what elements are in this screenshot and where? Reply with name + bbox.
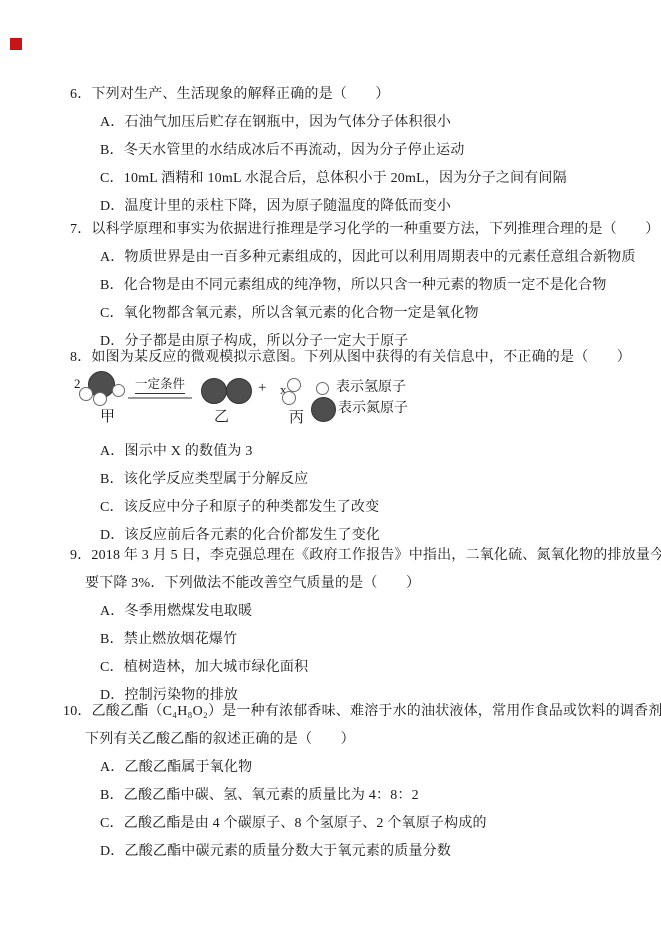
question-10-stem-line-1: 10．乙酸乙酯（C₄H₈O₂）是一种有浓郁香味、难溶于水的油状液体，常用作食品或… <box>63 698 661 726</box>
question-6-option-a: A．石油气加压后贮存在钢瓶中，因为气体分子体积很小 <box>100 109 661 137</box>
question-6: 6．下列对生产、生活现象的解释正确的是（ ） A．石油气加压后贮存在钢瓶中，因为… <box>0 81 661 221</box>
legend-hydrogen-atom-icon <box>316 382 329 395</box>
reaction-diagram: 2 甲 一定条件 乙 + x 丙 <box>64 372 624 438</box>
hydrogen-atom-icon <box>93 392 107 406</box>
question-9-option-a: A．冬季用燃煤发电取暖 <box>100 598 661 626</box>
label-jia: 甲 <box>100 410 115 425</box>
label-bing: 丙 <box>289 411 304 426</box>
question-10-option-a: A．乙酸乙酯属于氧化物 <box>100 754 661 782</box>
nitrogen-atom-icon <box>226 378 252 404</box>
legend-nitrogen-atom-icon <box>311 397 336 422</box>
question-9-stem-line-2: 要下降 3%．下列做法不能改善空气质量的是（ ） <box>85 570 661 598</box>
question-8-option-a: A．图示中 X 的数值为 3 <box>100 438 661 466</box>
red-marker <box>10 38 22 50</box>
question-8-stem: 8．如图为某反应的微观模拟示意图。下列从图中获得的有关信息中，不正确的是（ ） <box>70 344 661 372</box>
question-7-option-c: C．氧化物都含氧元素，所以含氧元素的化合物一定是氧化物 <box>100 300 661 328</box>
question-10-option-d: D．乙酸乙酯中碳元素的质量分数大于氧元素的质量分数 <box>100 838 661 866</box>
question-10-option-b: B．乙酸乙酯中碳、氢、氧元素的质量比为 4：8：2 <box>100 782 661 810</box>
question-9-stem-line-1: 9．2018 年 3 月 5 日，李克强总理在《政府工作报告》中指出，二氧化硫、… <box>70 542 661 570</box>
question-10-option-c: C．乙酸乙酯是由 4 个碳原子、8 个氢原子、2 个氧原子构成的 <box>100 810 661 838</box>
plus-sign: + <box>258 381 266 396</box>
question-9-option-c: C．植树造林，加大城市绿化面积 <box>100 654 661 682</box>
legend-hydrogen-text: 表示氢原子 <box>336 381 406 395</box>
hydrogen-atom-icon <box>79 387 93 401</box>
question-10-stem-line-2: 下列有关乙酸乙酯的叙述正确的是（ ） <box>85 726 661 754</box>
arrow-line <box>128 397 192 400</box>
hydrogen-atom-icon <box>112 384 125 397</box>
condition-arrow: 一定条件 <box>128 375 192 399</box>
question-8-option-c: C．该反应中分子和原子的种类都发生了改变 <box>100 494 661 522</box>
question-6-option-c: C．10mL 酒精和 10mL 水混合后，总体积小于 20mL，因为分子之间有间… <box>100 165 661 193</box>
question-8-option-b: B．该化学反应类型属于分解反应 <box>100 466 661 494</box>
question-6-stem: 6．下列对生产、生活现象的解释正确的是（ ） <box>70 81 661 109</box>
exam-page: 6．下列对生产、生活现象的解释正确的是（ ） A．石油气加压后贮存在钢瓶中，因为… <box>0 0 661 935</box>
hydrogen-atom-icon <box>287 378 301 392</box>
question-7-option-a: A．物质世界是由一百多种元素组成的，因此可以利用周期表中的元素任意组合新物质 <box>100 244 661 272</box>
legend-nitrogen-text: 表示氮原子 <box>338 402 408 416</box>
question-10: 10．乙酸乙酯（C₄H₈O₂）是一种有浓郁香味、难溶于水的油状液体，常用作食品或… <box>0 698 661 866</box>
question-7: 7．以科学原理和事实为依据进行推理是学习化学的一种重要方法，下列推理合理的是（ … <box>0 216 661 356</box>
nitrogen-atom-icon <box>201 378 227 404</box>
question-6-option-b: B．冬天水管里的水结成冰后不再流动，因为分子停止运动 <box>100 137 661 165</box>
question-9-option-b: B．禁止燃放烟花爆竹 <box>100 626 661 654</box>
question-9: 9．2018 年 3 月 5 日，李克强总理在《政府工作报告》中指出，二氧化硫、… <box>0 542 661 710</box>
question-7-stem: 7．以科学原理和事实为依据进行推理是学习化学的一种重要方法，下列推理合理的是（ … <box>70 216 661 244</box>
question-8: 8．如图为某反应的微观模拟示意图。下列从图中获得的有关信息中，不正确的是（ ） … <box>0 344 661 550</box>
label-yi: 乙 <box>214 410 229 425</box>
hydrogen-atom-icon <box>282 391 296 405</box>
question-7-option-b: B．化合物是由不同元素组成的纯净物，所以只含一种元素的物质一定不是化合物 <box>100 272 661 300</box>
reactant-coefficient: 2 <box>74 377 81 390</box>
condition-text: 一定条件 <box>135 378 185 394</box>
